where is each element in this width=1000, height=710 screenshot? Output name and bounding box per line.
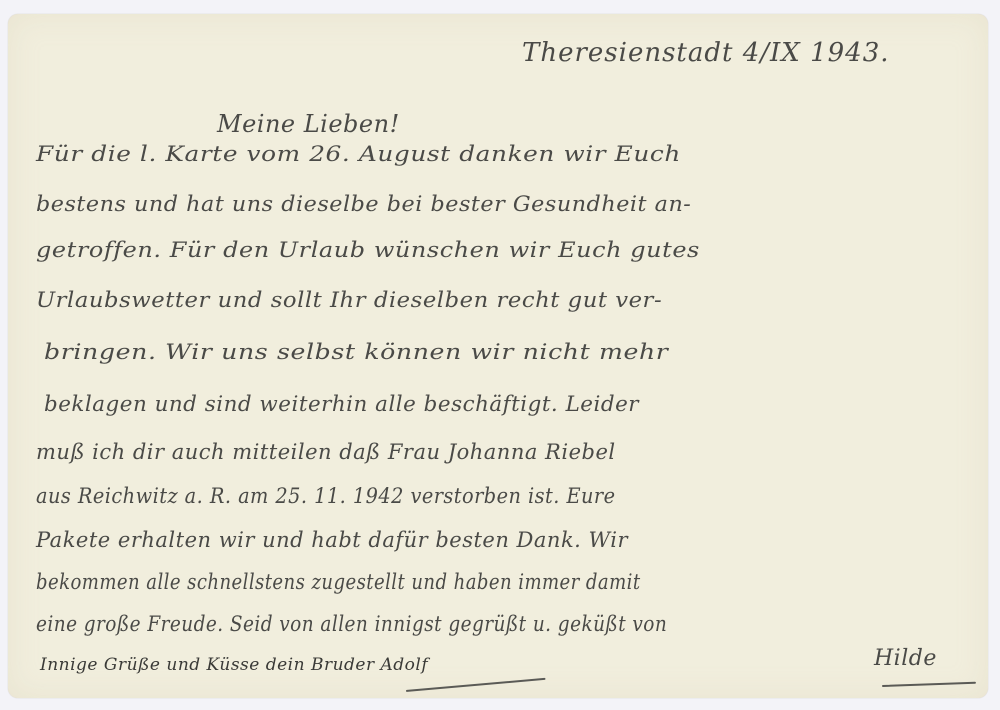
body-line-8: aus Reichwitz a. R. am 25. 11. 1942 vers… [36,484,616,508]
body-line-2: bestens und hat uns dieselbe bei bester … [36,192,691,216]
dateline: Theresienstadt 4/IX 1943. [522,38,890,68]
body-line-6: beklagen und sind weiterhin alle beschäf… [44,392,639,416]
closing-line: Innige Grüße und Küsse dein Bruder Adolf [40,655,428,675]
page: Theresienstadt 4/IX 1943. Meine Lieben! … [0,0,1000,710]
body-line-7: muß ich dir auch mitteilen daß Frau Joha… [36,440,616,464]
body-line-4: Urlaubswetter und sollt Ihr dieselben re… [36,288,662,312]
greeting: Meine Lieben! [217,110,400,138]
body-line-11: eine große Freude. Seid von allen innigs… [36,612,667,636]
body-line-5: bringen. Wir uns selbst können wir nicht… [44,340,668,364]
body-line-1: Für die l. Karte vom 26. August danken w… [36,142,681,166]
body-line-10: bekommen alle schnellstens zugestellt un… [36,570,641,594]
body-line-9: Pakete erhalten wir und habt dafür beste… [36,528,628,552]
signature: Hilde [874,646,937,671]
body-line-3: getroffen. Für den Urlaub wünschen wir E… [36,238,700,262]
